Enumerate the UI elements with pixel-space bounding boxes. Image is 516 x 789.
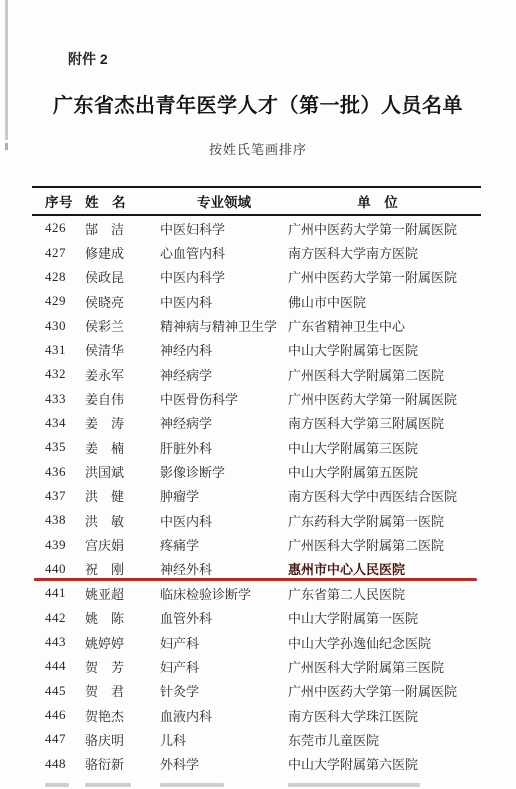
row-index: 433	[32, 391, 85, 407]
row-index: 429	[32, 293, 85, 309]
row-unit: 广州医科大学附属第二医院	[288, 535, 481, 554]
row-name: 侯晓亮	[85, 292, 160, 311]
row-index: 447	[32, 731, 85, 747]
row-unit: 南方医科大学中西医结合医院	[288, 486, 481, 505]
table-row: 434 姜 涛 神经病学 南方医科大学第三附属医院	[32, 411, 481, 435]
row-field: 儿科	[160, 730, 288, 749]
row-index: 434	[32, 415, 85, 431]
row-name: 姜自伟	[85, 389, 160, 408]
row-index: 446	[32, 707, 85, 723]
row-field: 心血管内科	[160, 243, 288, 262]
table-row: 438 洪 敏 中医内科 广东药科大学附属第一医院	[32, 508, 481, 532]
row-unit: 中山大学附属第三医院	[288, 438, 481, 457]
row-unit: 惠州市中心人民医院	[288, 559, 481, 578]
row-index: 436	[32, 464, 85, 480]
clipped-text-fragment	[160, 783, 224, 787]
header-unit: 单 位	[288, 191, 481, 211]
row-field: 血管外科	[160, 608, 288, 627]
table-row: 428 侯政昆 中医内科学 广州中医药大学第一附属医院	[32, 265, 481, 289]
row-index: 437	[32, 488, 85, 504]
row-name: 姚亚超	[85, 584, 160, 603]
row-unit: 广州中医药大学第一附属医院	[288, 681, 481, 700]
row-unit: 南方医科大学珠江医院	[288, 706, 481, 725]
table-body: 426 郜 洁 中医妇科学 广州中医药大学第一附属医院 427 修建成 心血管内…	[32, 216, 481, 776]
attachment-label: 附件 2	[68, 49, 108, 69]
row-index: 430	[32, 318, 85, 334]
partial-row	[32, 776, 481, 788]
row-unit: 中山大学附属第七医院	[288, 340, 481, 359]
row-name: 骆庆明	[85, 730, 160, 749]
row-name: 侯彩兰	[85, 316, 160, 335]
table-row: 444 贺 芳 妇产科 广州医科大学附属第三医院	[32, 654, 481, 678]
table-row: 432 姜永军 神经病学 广州医科大学附属第二医院	[32, 362, 481, 386]
row-unit: 广州医科大学附属第二医院	[288, 365, 481, 384]
row-field: 影像诊断学	[160, 462, 288, 481]
row-unit: 广州医科大学附属第三医院	[288, 657, 481, 676]
document-page: { "page": { "attachment_label": "附件 2", …	[0, 0, 516, 789]
row-index: 435	[32, 439, 85, 455]
row-unit: 中山大学附属第五医院	[288, 462, 481, 481]
clipped-text-fragment	[288, 783, 420, 787]
row-name: 姜永军	[85, 365, 160, 384]
row-field: 肿瘤学	[160, 486, 288, 505]
row-name: 洪 敏	[85, 511, 160, 530]
row-index: 448	[32, 756, 85, 772]
row-name: 修建成	[85, 243, 160, 262]
row-unit: 广东省第二人民医院	[288, 584, 481, 603]
table-row: 441 姚亚超 临床检验诊断学 广东省第二人民医院	[32, 581, 481, 605]
table-row: 429 侯晓亮 中医内科 佛山市中医院	[32, 289, 481, 313]
row-index: 443	[32, 634, 85, 650]
table-row: 448 骆衍新 外科学 中山大学附属第六医院	[32, 752, 481, 776]
row-unit: 广州中医药大学第一附属医院	[288, 389, 481, 408]
header-field: 专业领域	[160, 191, 288, 211]
row-unit: 广州中医药大学第一附属医院	[288, 267, 481, 286]
row-field: 妇产科	[160, 633, 288, 652]
table-row: 435 姜 楠 肝脏外科 中山大学附属第三医院	[32, 435, 481, 459]
row-field: 中医骨伤科学	[160, 389, 288, 408]
table-row: 445 贺 君 针灸学 广州中医药大学第一附属医院	[32, 679, 481, 703]
row-index: 441	[32, 585, 85, 601]
table-row: 436 洪国斌 影像诊断学 中山大学附属第五医院	[32, 459, 481, 483]
row-field: 中医内科学	[160, 267, 288, 286]
row-field: 血液内科	[160, 706, 288, 725]
row-name: 姜 涛	[85, 413, 160, 432]
row-unit: 广州中医药大学第一附属医院	[288, 219, 481, 238]
table-row: 443 姚婷婷 妇产科 中山大学孙逸仙纪念医院	[32, 630, 481, 654]
row-name: 洪 健	[85, 486, 160, 505]
row-field: 中医内科	[160, 292, 288, 311]
row-field: 中医内科	[160, 511, 288, 530]
row-name: 姚 陈	[85, 608, 160, 627]
row-unit: 南方医科大学南方医院	[288, 243, 481, 262]
row-name: 郜 洁	[85, 219, 160, 238]
row-index: 445	[32, 683, 85, 699]
row-index: 444	[32, 658, 85, 674]
row-field: 肝脏外科	[160, 438, 288, 457]
row-unit: 中山大学孙逸仙纪念医院	[288, 633, 481, 652]
row-index: 427	[32, 245, 85, 261]
row-field: 疼痛学	[160, 535, 288, 554]
row-index: 438	[32, 512, 85, 528]
row-name: 姚婷婷	[85, 633, 160, 652]
table-row: 437 洪 健 肿瘤学 南方医科大学中西医结合医院	[32, 484, 481, 508]
row-field: 外科学	[160, 754, 288, 773]
row-index: 431	[32, 342, 85, 358]
table-row: 439 宫庆娟 疼痛学 广州医科大学附属第二医院	[32, 532, 481, 556]
row-unit: 广东药科大学附属第一医院	[288, 511, 481, 530]
table-row: 440 祝 刚 神经外科 惠州市中心人民医院	[32, 557, 481, 581]
row-name: 骆衍新	[85, 754, 160, 773]
header-name: 姓 名	[85, 191, 160, 211]
row-field: 临床检验诊断学	[160, 584, 288, 603]
row-field: 精神病与精神卫生学	[160, 316, 288, 335]
row-index: 439	[32, 537, 85, 553]
row-name: 贺 芳	[85, 657, 160, 676]
table-row: 431 侯清华 神经内科 中山大学附属第七医院	[32, 338, 481, 362]
row-name: 侯清华	[85, 340, 160, 359]
clipped-text-fragment	[45, 783, 69, 787]
row-field: 神经病学	[160, 365, 288, 384]
table-row: 447 骆庆明 儿科 东莞市儿童医院	[32, 727, 481, 751]
row-field: 中医妇科学	[160, 219, 288, 238]
table-header-row: 序号 姓 名 专业领域 单 位	[32, 186, 481, 216]
row-index: 428	[32, 269, 85, 285]
row-index: 442	[32, 610, 85, 626]
row-field: 神经外科	[160, 559, 288, 578]
sort-note: 按姓氏笔画排序	[0, 139, 516, 158]
row-name: 洪国斌	[85, 462, 160, 481]
table-row: 442 姚 陈 血管外科 中山大学附属第一医院	[32, 606, 481, 630]
table-row: 433 姜自伟 中医骨伤科学 广州中医药大学第一附属医院	[32, 386, 481, 410]
header-index: 序号	[32, 191, 85, 211]
row-index: 426	[32, 220, 85, 236]
row-unit: 中山大学附属第六医院	[288, 754, 481, 773]
page-title: 广东省杰出青年医学人才（第一批）人员名单	[0, 89, 516, 118]
row-name: 姜 楠	[85, 438, 160, 457]
row-unit: 佛山市中医院	[288, 292, 481, 311]
table-row: 446 贺艳杰 血液内科 南方医科大学珠江医院	[32, 703, 481, 727]
talent-table: 序号 姓 名 专业领域 单 位 426 郜 洁 中医妇科学 广州中医药大学第一附…	[32, 186, 481, 788]
page-edge-strip	[5, 0, 8, 140]
table-row: 427 修建成 心血管内科 南方医科大学南方医院	[32, 240, 481, 264]
row-name: 祝 刚	[85, 559, 160, 578]
row-unit: 广东省精神卫生中心	[288, 316, 481, 335]
row-index: 440	[32, 561, 85, 577]
row-unit: 东莞市儿童医院	[288, 730, 481, 749]
row-field: 神经病学	[160, 413, 288, 432]
row-name: 侯政昆	[85, 267, 160, 286]
row-index: 432	[32, 366, 85, 382]
row-name: 贺艳杰	[85, 706, 160, 725]
row-field: 妇产科	[160, 657, 288, 676]
table-row: 430 侯彩兰 精神病与精神卫生学 广东省精神卫生中心	[32, 313, 481, 337]
row-field: 针灸学	[160, 681, 288, 700]
row-name: 贺 君	[85, 681, 160, 700]
row-unit: 南方医科大学第三附属医院	[288, 413, 481, 432]
clipped-text-fragment	[85, 783, 131, 787]
row-field: 神经内科	[160, 340, 288, 359]
table-row: 426 郜 洁 中医妇科学 广州中医药大学第一附属医院	[32, 216, 481, 240]
row-unit: 中山大学附属第一医院	[288, 608, 481, 627]
row-name: 宫庆娟	[85, 535, 160, 554]
